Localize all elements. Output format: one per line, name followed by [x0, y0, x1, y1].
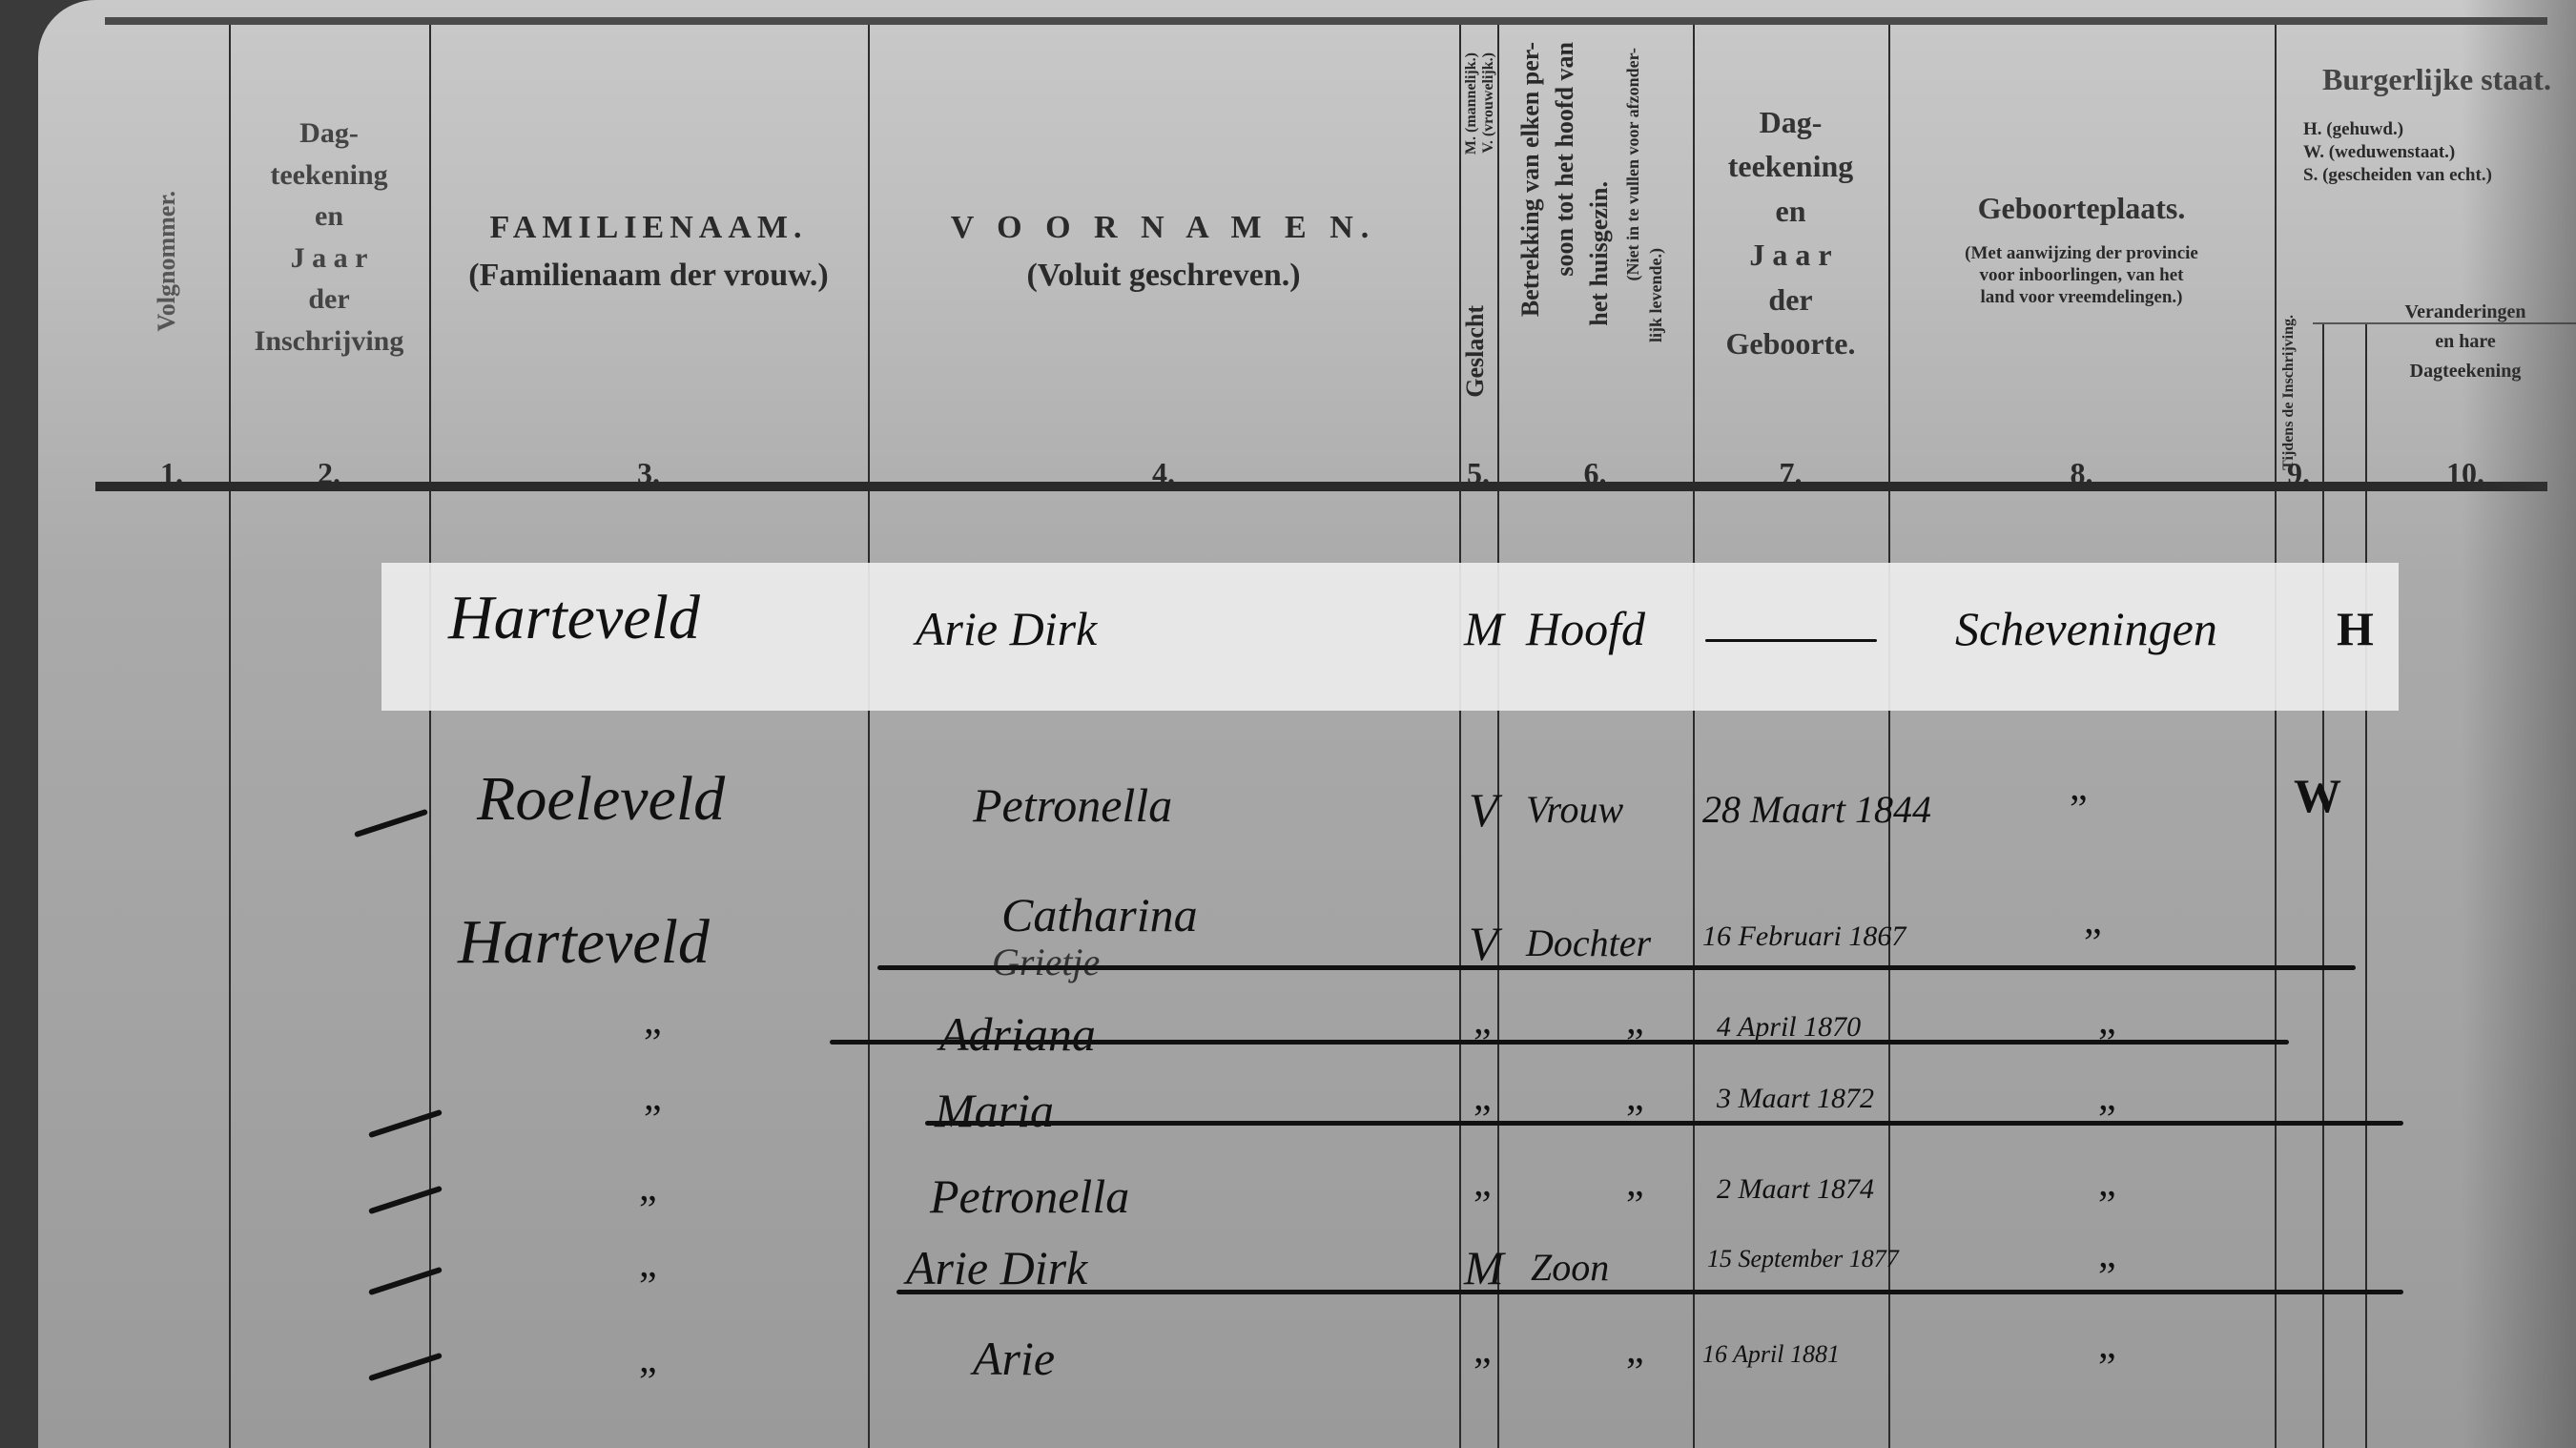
header-text: Dag- — [229, 113, 429, 155]
header-col-3-sub: (Familienaam der vrouw.) — [429, 258, 868, 294]
row-strikethrough — [925, 1121, 2403, 1126]
header-col-4: V O O R N A M E N. (Voluit geschreven.) … — [868, 29, 1459, 486]
header-col-7: Dag- teekening en J a a r der Geboorte. … — [1693, 29, 1888, 486]
header-col-5: Geslacht M. (mannelijk.) V. (vrouwelijk.… — [1459, 29, 1497, 486]
header-col-3: FAMILIENAAM. (Familienaam der vrouw.) 3. — [429, 29, 868, 486]
voornamen: Catharina — [1001, 887, 1198, 942]
geboorte: 16 April 1881 — [1702, 1340, 1840, 1369]
geslacht: V — [1469, 916, 1498, 971]
header-col-5-sub1: M. (mannelijk.) — [1463, 52, 1480, 155]
header-col-4-label: V O O R N A M E N. — [868, 210, 1459, 246]
date-strikethrough — [1705, 639, 1877, 642]
betrekking: Vrouw — [1526, 787, 1623, 832]
familienaam: ” — [639, 1359, 657, 1405]
familienaam: ” — [639, 1188, 657, 1233]
register-entry[interactable]: Roeleveld Petronella V Vrouw 28 Maart 18… — [38, 763, 2576, 868]
familienaam: Roeleveld — [477, 763, 725, 836]
header-col-8: Geboorteplaats. (Met aanwijzing der prov… — [1888, 29, 2275, 486]
burgerlijke-staat: H — [2337, 601, 2374, 656]
tick-mark — [368, 1186, 443, 1214]
familienaam: Harteveld — [458, 906, 710, 979]
header-text: Dag- — [1693, 100, 1888, 144]
burgerlijke-staat: W — [2294, 768, 2341, 823]
header-text: Betrekking van elken per- — [1516, 42, 1545, 317]
betrekking: Zoon — [1531, 1245, 1609, 1290]
header-text: der — [229, 279, 429, 321]
header-text: Dagteekening — [2365, 357, 2566, 386]
header-col-1-label: Volgnommer. — [153, 191, 181, 332]
header-text: teekening — [1693, 144, 1888, 188]
header-col-5-sub2: V. (vrouwelijk.) — [1480, 52, 1497, 154]
header-text: het huisgezin. — [1585, 181, 1614, 326]
header-col-4-sub: (Voluit geschreven.) — [868, 258, 1459, 294]
familienaam: Harteveld — [448, 582, 700, 654]
register-entry[interactable]: Harteveld Catharina Grietje V Dochter 16… — [38, 897, 2576, 1002]
geboorte: 4 April 1870 — [1717, 1011, 1861, 1044]
header-col-9-label: Tijdens de Inschrijving. — [2280, 315, 2298, 470]
header-col-9: Tijdens de Inschrijving. 9. — [2275, 29, 2322, 486]
header-col-2: Dag- teekening en J a a r der Inschrijvi… — [229, 29, 429, 486]
header-col-5-label: Geslacht — [1461, 305, 1490, 398]
geboorte: 16 Februari 1867 — [1702, 921, 1906, 953]
familienaam: ” — [644, 1021, 662, 1066]
betrekking: ” — [1626, 1350, 1644, 1396]
betrekking: Dochter — [1526, 921, 1651, 965]
tick-mark — [368, 1353, 443, 1381]
header-text: voor inboorlingen, van het — [1888, 265, 2275, 287]
header-col-1: Volgnommer. 1. — [114, 29, 229, 486]
geboorteplaats: Scheveningen — [1955, 601, 2217, 656]
geboorte: 28 Maart 1844 — [1702, 787, 1931, 832]
geslacht: M — [1464, 601, 1504, 656]
row-strikethrough — [896, 1290, 2403, 1294]
header-text: Veranderingen — [2365, 298, 2566, 327]
header-text: soon tot het hoofd van — [1551, 42, 1579, 277]
voornamen: Petronella — [930, 1169, 1129, 1224]
betrekking: Hoofd — [1526, 601, 1645, 656]
geboorteplaats: ” — [2098, 1097, 2116, 1143]
header-col-3-label: FAMILIENAAM. — [429, 210, 868, 246]
header-col-8-label: Geboorteplaats. — [1888, 191, 2275, 226]
voornamen-struck: Grietje — [992, 940, 1100, 984]
geboorteplaats: ” — [2084, 921, 2102, 966]
tick-mark — [354, 809, 428, 838]
geslacht: M — [1464, 1240, 1504, 1295]
betrekking: ” — [1626, 1097, 1644, 1143]
header-text: Geboorte. — [1693, 321, 1888, 365]
row-strikethrough — [877, 965, 2356, 970]
voornamen: Arie — [973, 1331, 1055, 1386]
geslacht: ” — [1473, 1097, 1492, 1143]
header-text: en — [229, 196, 429, 238]
row-strikethrough — [830, 1040, 2289, 1045]
top-rule — [105, 17, 2547, 25]
familienaam: ” — [644, 1097, 662, 1143]
header-text: lijk levende.) — [1646, 248, 1666, 342]
voornamen: Petronella — [973, 777, 1172, 833]
betrekking: ” — [1626, 1183, 1644, 1229]
geboorte: 15 September 1877 — [1707, 1245, 1899, 1273]
geslacht: V — [1469, 782, 1498, 838]
header-text: der — [1693, 278, 1888, 321]
familienaam: ” — [639, 1264, 657, 1310]
header-text: en — [1693, 189, 1888, 233]
header-col-6: Betrekking van elken per- soon tot het h… — [1497, 29, 1693, 486]
header-text: J a a r — [229, 238, 429, 279]
register-page: Volgnommer. 1. Dag- teekening en J a a r… — [38, 0, 2576, 1448]
register-entry[interactable]: Harteveld Arie Dirk M Hoofd Scheveningen… — [38, 572, 2576, 677]
header-text: teekening — [229, 155, 429, 197]
tick-mark — [368, 1267, 443, 1295]
geslacht: ” — [1473, 1350, 1492, 1396]
header-text: land voor vreemdelingen.) — [1888, 287, 2275, 309]
geboorte: 2 Maart 1874 — [1717, 1173, 1874, 1206]
geboorteplaats: ” — [2098, 1345, 2116, 1391]
header-text: J a a r — [1693, 233, 1888, 277]
header-text: en hare — [2365, 327, 2566, 357]
geboorte: 3 Maart 1872 — [1717, 1083, 1874, 1115]
voornamen: Maria — [935, 1083, 1054, 1138]
voornamen: Adriana — [939, 1006, 1096, 1062]
header-text: Inschrijving — [229, 321, 429, 362]
tick-mark — [368, 1109, 443, 1138]
geslacht: ” — [1473, 1183, 1492, 1229]
header-text: (Met aanwijzing der provincie — [1888, 243, 2275, 265]
geboorteplaats: ” — [2098, 1183, 2116, 1229]
voornamen: Arie Dirk — [906, 1240, 1087, 1295]
header-bottom-rule — [95, 482, 2547, 491]
register-entry[interactable]: ” Arie ” ” 16 April 1881 ” — [38, 1326, 2576, 1431]
voornamen: Arie Dirk — [916, 601, 1097, 656]
header-text: (Niet in te vullen voor afzonder- — [1623, 48, 1643, 280]
header-col-10: Veranderingen en hare Dagteekening 10. — [2365, 29, 2566, 486]
geboorteplaats: ” — [2070, 787, 2088, 833]
